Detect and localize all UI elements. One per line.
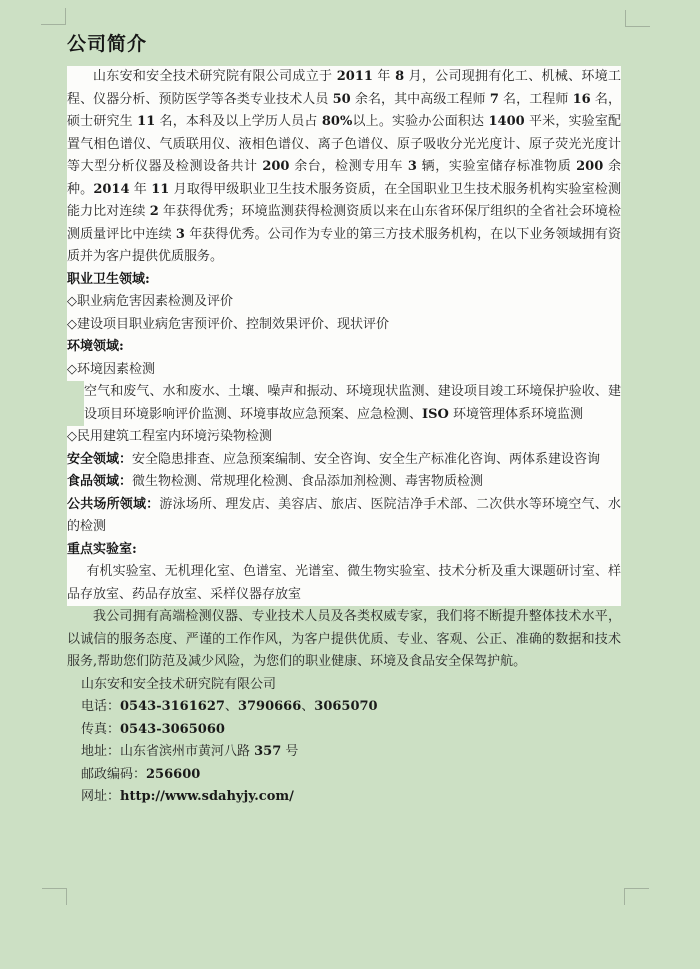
list-item-occupational-hazard-detection: ◇职业病危害因素检测及评价	[67, 291, 621, 314]
contact-fax: 传真：0543-3065060	[67, 719, 621, 742]
contact-address: 地址：山东省滨州市黄河八路 357 号	[67, 741, 621, 764]
key-laboratories-paragraph: 有机实验室、无机理化室、色谱室、光谱室、微生物实验室、技术分析及重大课题研讨室、…	[67, 561, 621, 606]
public-places-paragraph: 公共场所领域：游泳场所、理发店、美容店、旅店、医院洁净手术部、二次供水等环境空气…	[67, 494, 621, 539]
list-item-construction-project-evaluation: ◇建设项目职业病危害预评价、控制效果评价、现状评价	[67, 314, 621, 337]
document-content: 公司简介 山东安和安全技术研究院有限公司成立于 2011 年 8 月，公司现拥有…	[67, 31, 621, 809]
document-body: 山东安和安全技术研究院有限公司成立于 2011 年 8 月，公司现拥有化工、机械…	[67, 66, 621, 809]
crop-mark-top-right	[625, 10, 650, 27]
safety-field-paragraph: 安全领域：安全隐患排查、应急预案编制、安全咨询、安全生产标准化咨询、两体系建设咨…	[67, 449, 621, 472]
section-heading-occupational-health: 职业卫生领域:	[67, 269, 621, 292]
page-title: 公司简介	[67, 31, 621, 57]
contact-phone: 电话：0543-3161627、3790666、3065070	[67, 696, 621, 719]
crop-mark-bottom-right	[624, 888, 649, 905]
contact-company-name: 山东安和安全技术研究院有限公司	[67, 674, 621, 697]
crop-mark-bottom-left	[42, 888, 67, 905]
contact-website: 网址：http://www.sdahyjy.com/	[67, 786, 621, 809]
closing-paragraph: 我公司拥有高端检测仪器、专业技术人员及各类权威专家，我们将不断提升整体技术水平，…	[67, 606, 621, 674]
list-item-environment-factor-detection: ◇环境因素检测	[67, 359, 621, 382]
environment-detail-paragraph: 空气和废气、水和废水、土壤、噪声和振动、环境现状监测、建设项目竣工环境保护验收、…	[84, 381, 621, 426]
food-field-paragraph: 食品领域：微生物检测、常规理化检测、食品添加剂检测、毒害物质检测	[67, 471, 621, 494]
document-page: 公司简介 山东安和安全技术研究院有限公司成立于 2011 年 8 月，公司现拥有…	[0, 0, 700, 969]
section-heading-key-laboratories: 重点实验室:	[67, 539, 621, 562]
contact-postal-code: 邮政编码：256600	[67, 764, 621, 787]
list-item-civil-building-indoor-detection: ◇民用建筑工程室内环境污染物检测	[67, 426, 621, 449]
crop-mark-top-left	[41, 8, 66, 25]
intro-paragraph: 山东安和安全技术研究院有限公司成立于 2011 年 8 月，公司现拥有化工、机械…	[67, 66, 621, 269]
section-heading-environment: 环境领域:	[67, 336, 621, 359]
